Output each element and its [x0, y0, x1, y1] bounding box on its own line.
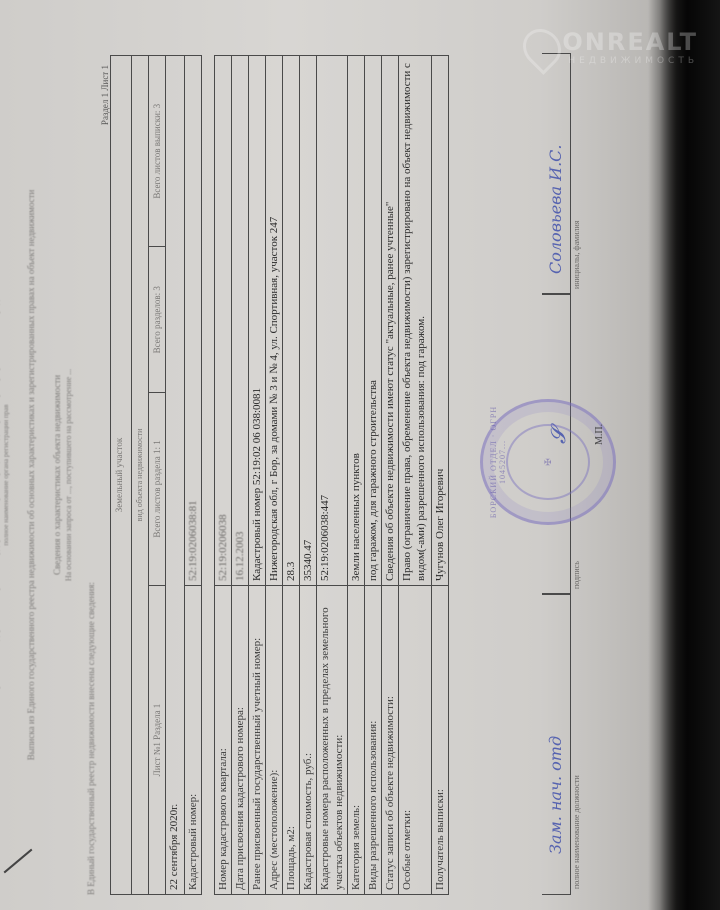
name-handwritten: Соловьева И.С. — [546, 145, 565, 275]
name-caption: инициалы, фамилия — [572, 221, 581, 289]
watermark-brand: ONREALT — [562, 28, 698, 56]
row-label: Номер кадастрового квартала: — [215, 586, 232, 895]
official-stamp: БОРСКИЙ ОТДЕЛ · ОГРН 1045207... ✠ — [480, 399, 616, 525]
row-value: 35340.47 — [300, 56, 317, 586]
row-value: Кадастровый номер 52:19:02 06 038:0081 — [249, 56, 266, 586]
name-field: Соловьева И.С. — [542, 53, 571, 295]
object-kind: Земельный участок — [111, 56, 132, 895]
characteristics-table: Земельный участок вид объекта недвижимос… — [110, 55, 449, 895]
row-value: под гаражом, для гаражного строительства — [365, 56, 382, 586]
row-label: Ранее присвоенный государственный учетны… — [249, 586, 266, 895]
position-caption: полное наименование должности — [572, 775, 581, 889]
sheets-in-section: Всего листов раздела 1: 1 — [149, 392, 166, 585]
row-label: Площадь, м2: — [283, 586, 300, 895]
sheet-number: Лист №1 Раздела 1 — [149, 586, 166, 895]
row-label: Кадастровая стоимость, руб.: — [300, 586, 317, 895]
sheets-total: Всего листов выписки: 3 — [149, 56, 166, 247]
intro-line: В Единый государственный реестр недвижим… — [86, 35, 96, 895]
row-label: Категория земель: — [348, 586, 365, 895]
egrn-extract-sheet: Управление Федеральной службы государств… — [0, 45, 672, 905]
stamp-text: БОРСКИЙ ОТДЕЛ · ОГРН 1045207... — [489, 402, 507, 522]
request-basis: На основании запроса от ..., поступившег… — [64, 45, 73, 905]
cadastral-number-label: Кадастровый номер: — [185, 586, 202, 895]
cadastral-number: 52:19:0206038:81 — [185, 56, 202, 586]
row-label: Особые отметки: — [399, 586, 432, 895]
row-value: Сведения об объекте недвижимости имеют с… — [382, 56, 399, 586]
row-label: Получатель выписки: — [432, 586, 449, 895]
row-label: Статус записи об объекте недвижимости: — [382, 586, 399, 895]
row-label: Виды разрешенного использования: — [365, 586, 382, 895]
object-kind-caption: вид объекта недвижимости — [132, 56, 149, 895]
row-value: 52:19:0206038 — [215, 56, 232, 586]
seal-label: М.П. — [594, 424, 605, 445]
row-value: Право (ограничение права, обременение об… — [399, 56, 432, 586]
document-title: Выписка из Единого государственного реес… — [26, 45, 36, 905]
row-value: 28.3 — [283, 56, 300, 586]
section-label: Раздел 1 Лист 1 — [100, 65, 110, 125]
signature-caption: подпись — [572, 561, 581, 589]
issuing-authority-caption: полное наименование органа регистрации п… — [2, 45, 10, 905]
row-value: Чугунов Олег Игоревич — [432, 56, 449, 586]
row-value: Земли населенных пунктов — [348, 56, 365, 586]
watermark-subtitle: НЕДВИЖИМОСТЬ — [562, 56, 698, 66]
row-label: Адрес (местоположение): — [266, 586, 283, 895]
row-label: Кадастровые номера расположенных в преде… — [317, 586, 348, 895]
row-value: 52:19:0206038:447 — [317, 56, 348, 586]
coat-of-arms-icon: ✠ — [506, 424, 590, 500]
position-field: Зам. нач. отд — [542, 593, 571, 895]
page-edge-shadow — [660, 0, 720, 910]
watermark: ONREALT НЕДВИЖИМОСТЬ — [562, 28, 698, 66]
extract-date: 22 сентября 2020г. — [166, 56, 185, 895]
sections-total: Всего разделов: 3 — [149, 247, 166, 393]
row-label: Дата присвоения кадастрового номера: — [232, 586, 249, 895]
document-photo: Управление Федеральной службы государств… — [0, 0, 720, 910]
row-value: 16.12.2003 — [232, 56, 249, 586]
position-handwritten: Зам. нач. отд — [546, 736, 565, 854]
document-subtitle: Сведения о характеристиках объекта недви… — [52, 45, 62, 905]
row-value: Нижегородская обл, г Бор, за домами № 3 … — [266, 56, 283, 586]
